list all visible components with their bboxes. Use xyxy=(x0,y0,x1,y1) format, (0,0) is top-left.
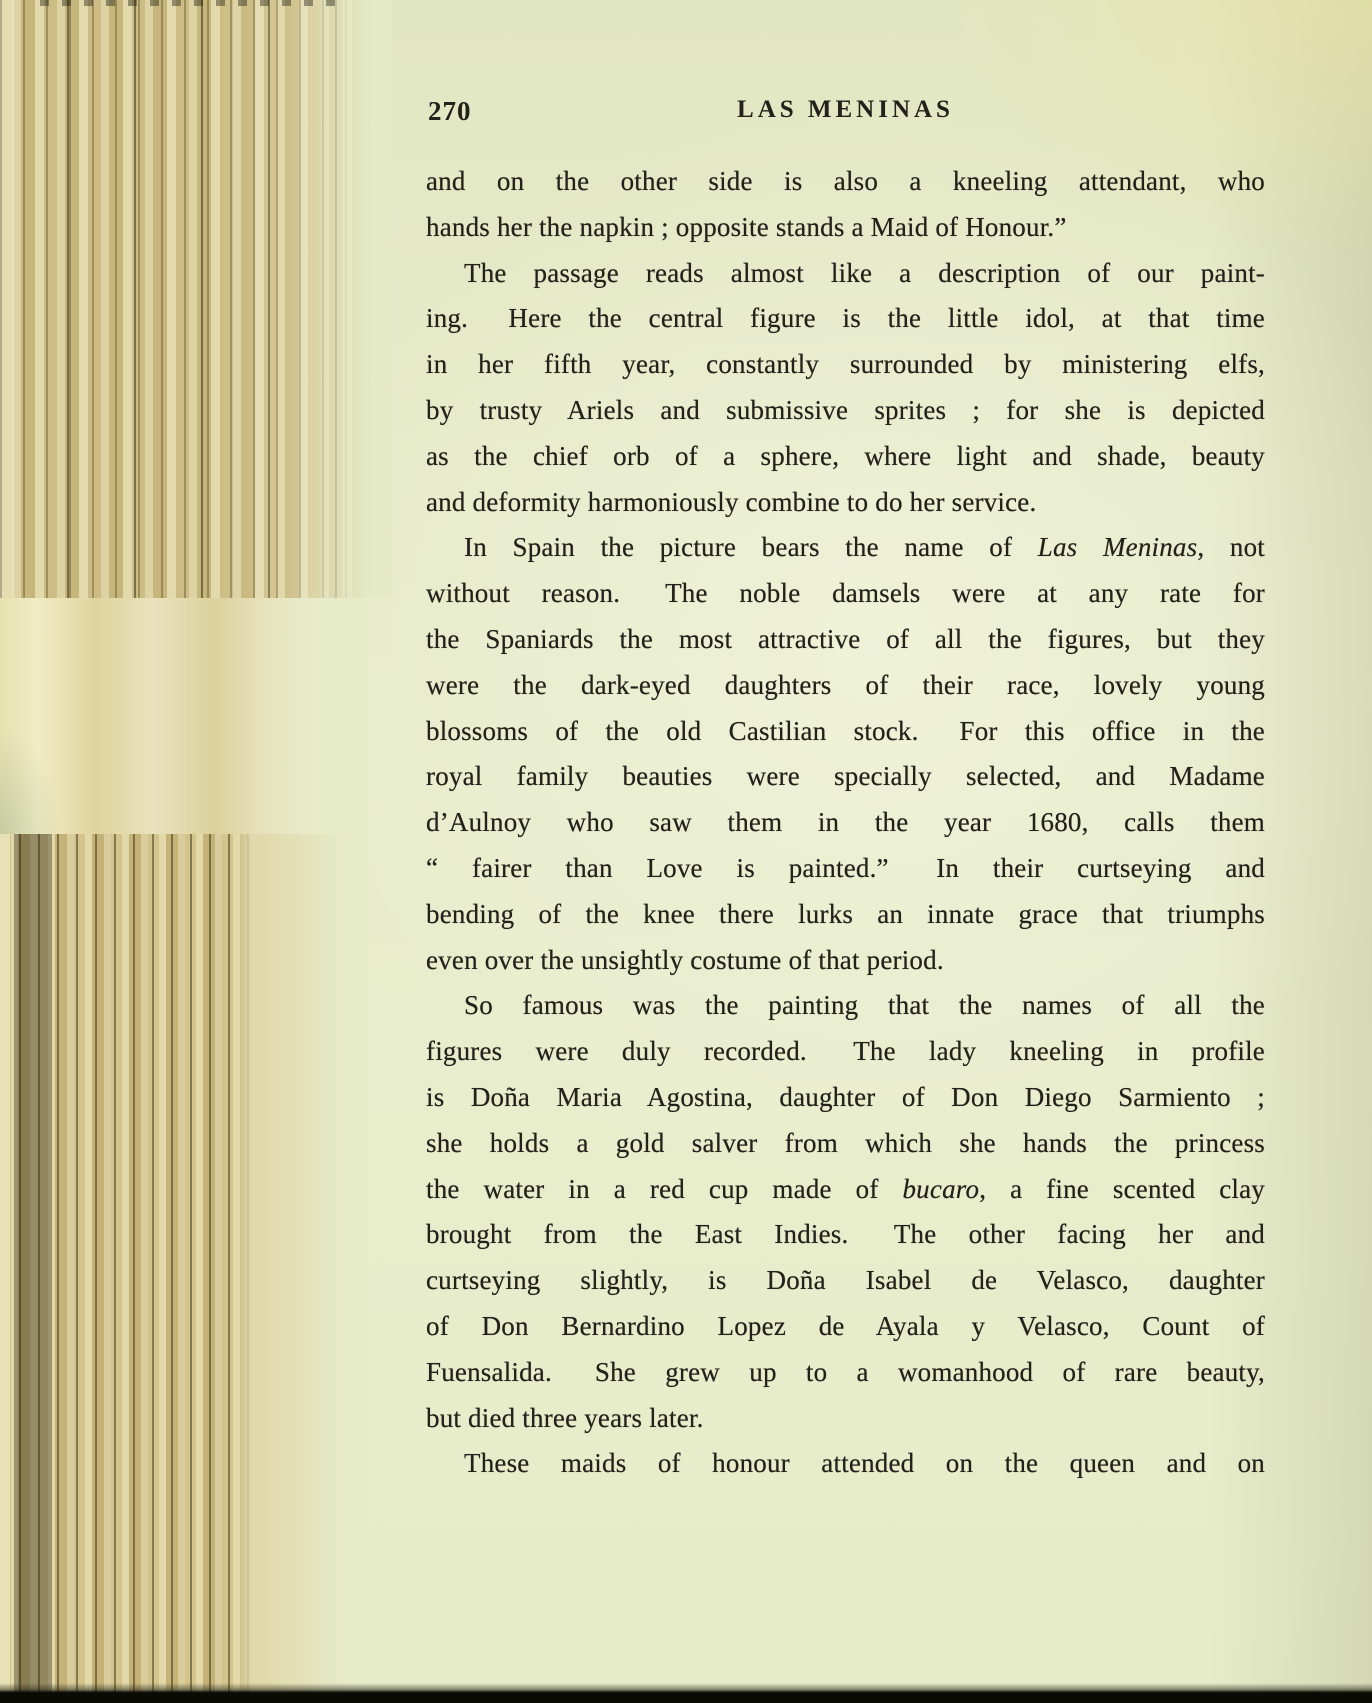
paragraph: and on the other side is also a kneeling… xyxy=(426,159,1265,251)
text-segment: So famous was the painting that the name… xyxy=(464,990,1265,1020)
text-line: bending of the knee there lurks an innat… xyxy=(426,892,1265,938)
fore-edge-top-flecks xyxy=(40,0,340,6)
text-segment: These maids of honour attended on the qu… xyxy=(464,1448,1265,1478)
text-segment: is Doña Maria Agostina, daughter of Don … xyxy=(426,1082,1265,1112)
text-line: ing. Here the central figure is the litt… xyxy=(426,296,1265,342)
paragraph: The passage reads almost like a descript… xyxy=(426,251,1265,526)
text-line: In Spain the picture bears the name of L… xyxy=(426,525,1265,571)
text-segment: even over the unsightly costume of that … xyxy=(426,945,944,975)
text-line: the Spaniards the most attractive of all… xyxy=(426,617,1265,663)
text-segment: brought from the East Indies. The other … xyxy=(426,1219,1265,1249)
text-line: hands her the napkin ; opposite stands a… xyxy=(426,205,1265,251)
text-segment: she holds a gold salver from which she h… xyxy=(426,1128,1265,1158)
text-segment: as the chief orb of a sphere, where ligh… xyxy=(426,441,1265,471)
paragraph: In Spain the picture bears the name of L… xyxy=(426,525,1265,983)
running-title: LAS MENINAS xyxy=(426,96,1265,124)
text-line: royal family beauties were specially sel… xyxy=(426,754,1265,800)
paragraph: These maids of honour attended on the qu… xyxy=(426,1441,1265,1487)
text-segment: the Spaniards the most attractive of all… xyxy=(426,624,1265,654)
text-segment: , not xyxy=(1197,532,1265,562)
italic-text: bucaro xyxy=(902,1174,979,1204)
text-line: Fuensalida. She grew up to a womanhood o… xyxy=(426,1350,1265,1396)
text-line: The passage reads almost like a descript… xyxy=(426,251,1265,297)
paragraph: So famous was the painting that the name… xyxy=(426,983,1265,1441)
book-page-photo: 270 LAS MENINAS and on the other side is… xyxy=(0,0,1372,1703)
text-line: and on the other side is also a kneeling… xyxy=(426,159,1265,205)
text-segment: bending of the knee there lurks an innat… xyxy=(426,899,1265,929)
text-segment: “ fairer than Love is painted.” In their… xyxy=(426,853,1265,883)
text-segment: d’Aulnoy who saw them in the year 1680, … xyxy=(426,807,1265,837)
text-segment: The passage reads almost like a descript… xyxy=(464,258,1265,288)
text-segment: , a fine scented clay xyxy=(979,1174,1265,1204)
italic-text: Las Meninas xyxy=(1038,532,1198,562)
text-line: d’Aulnoy who saw them in the year 1680, … xyxy=(426,800,1265,846)
text-segment: by trusty Ariels and submissive sprites … xyxy=(426,395,1265,425)
text-line: blossoms of the old Castilian stock. For… xyxy=(426,709,1265,755)
text-segment: figures were duly recorded. The lady kne… xyxy=(426,1036,1265,1066)
text-segment: but died three years later. xyxy=(426,1403,704,1433)
text-segment: curtseying slightly, is Doña Isabel de V… xyxy=(426,1265,1265,1295)
text-line: is Doña Maria Agostina, daughter of Don … xyxy=(426,1075,1265,1121)
text-segment: blossoms of the old Castilian stock. For… xyxy=(426,716,1265,746)
text-line: were the dark-eyed daughters of their ra… xyxy=(426,663,1265,709)
photo-bottom-edge xyxy=(0,1683,1372,1703)
text-line: as the chief orb of a sphere, where ligh… xyxy=(426,434,1265,480)
text-line: These maids of honour attended on the qu… xyxy=(426,1441,1265,1487)
text-segment: Fuensalida. She grew up to a womanhood o… xyxy=(426,1357,1265,1387)
text-line: “ fairer than Love is painted.” In their… xyxy=(426,846,1265,892)
text-segment: and on the other side is also a kneeling… xyxy=(426,166,1265,196)
text-segment: the water in a red cup made of xyxy=(426,1174,902,1204)
text-line: by trusty Ariels and submissive sprites … xyxy=(426,388,1265,434)
text-block: and on the other side is also a kneeling… xyxy=(426,159,1265,1487)
fore-edge-texture-top xyxy=(0,0,392,598)
text-segment: hands her the napkin ; opposite stands a… xyxy=(426,212,1067,242)
text-line: she holds a gold salver from which she h… xyxy=(426,1121,1265,1167)
text-segment: royal family beauties were specially sel… xyxy=(426,761,1265,791)
text-segment: In Spain the picture bears the name of xyxy=(464,532,1038,562)
text-segment: without reason. The noble damsels were a… xyxy=(426,578,1265,608)
text-line: even over the unsightly costume of that … xyxy=(426,938,1265,984)
text-line: but died three years later. xyxy=(426,1396,1265,1442)
fore-edge-texture-bottom xyxy=(0,834,368,1703)
text-line: and deformity harmoniously combine to do… xyxy=(426,480,1265,526)
text-line: brought from the East Indies. The other … xyxy=(426,1212,1265,1258)
text-line: without reason. The noble damsels were a… xyxy=(426,571,1265,617)
text-segment: and deformity harmoniously combine to do… xyxy=(426,487,1036,517)
text-segment: of Don Bernardino Lopez de Ayala y Velas… xyxy=(426,1311,1265,1341)
text-line: in her fifth year, constantly surrounded… xyxy=(426,342,1265,388)
text-segment: in her fifth year, constantly surrounded… xyxy=(426,349,1265,379)
text-line: curtseying slightly, is Doña Isabel de V… xyxy=(426,1258,1265,1304)
text-line: of Don Bernardino Lopez de Ayala y Velas… xyxy=(426,1304,1265,1350)
text-line: figures were duly recorded. The lady kne… xyxy=(426,1029,1265,1075)
text-line: So famous was the painting that the name… xyxy=(426,983,1265,1029)
text-line: the water in a red cup made of bucaro, a… xyxy=(426,1167,1265,1213)
text-segment: ing. Here the central figure is the litt… xyxy=(426,303,1265,333)
fore-edge-texture-middle xyxy=(0,598,368,834)
page-header: 270 LAS MENINAS xyxy=(426,94,1265,136)
text-segment: were the dark-eyed daughters of their ra… xyxy=(426,670,1265,700)
